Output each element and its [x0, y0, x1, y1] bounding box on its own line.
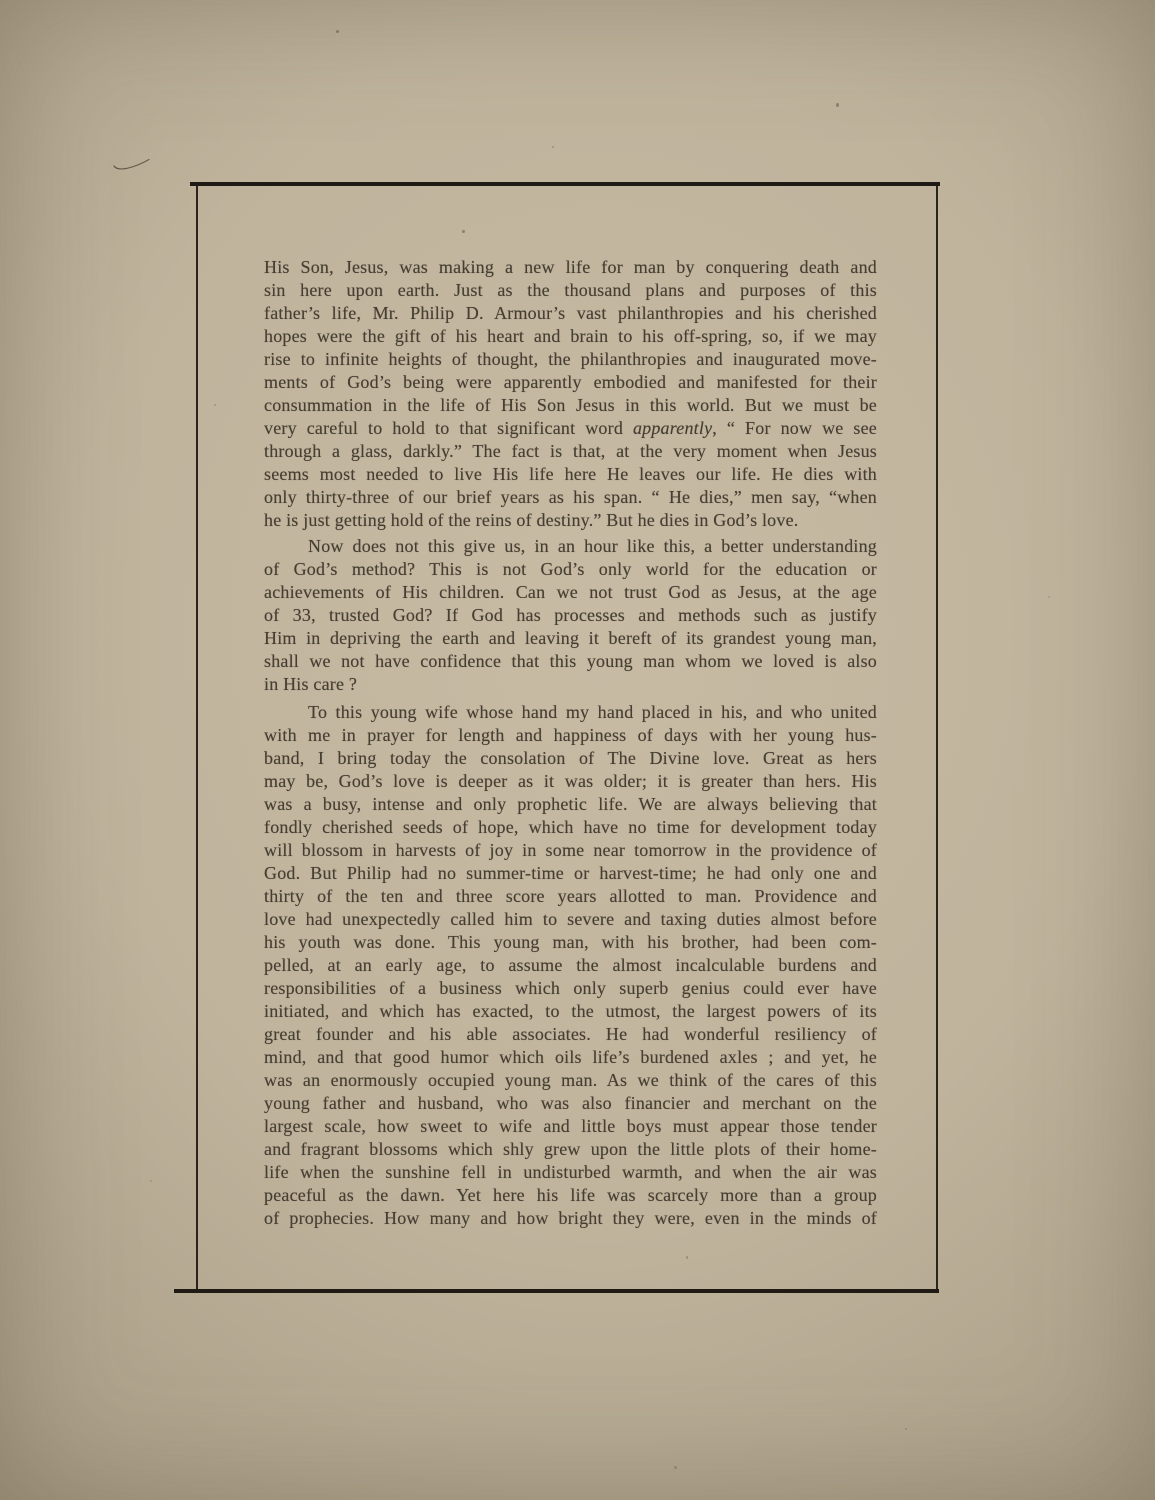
text-line: with me in prayer for length and happine… — [264, 724, 877, 747]
text-line: will blossom in harvests of joy in some … — [264, 839, 877, 862]
paper-speck — [836, 103, 839, 107]
frame-bottom-rule — [174, 1289, 939, 1293]
text-line: pelled, at an early age, to assume the a… — [264, 954, 877, 977]
text-line: peaceful as the dawn. Yet here his life … — [264, 1184, 877, 1207]
text-line: rise to infinite heights of thought, the… — [264, 348, 877, 371]
text-line: thirty of the ten and three score years … — [264, 885, 877, 908]
text-line: seems most needed to live His life here … — [264, 463, 877, 486]
text-line: ments of God’s being were apparently emb… — [264, 371, 877, 394]
paragraph: To this young wife whose hand my hand pl… — [264, 701, 877, 1230]
text-line: of 33, trusted God? If God has processes… — [264, 604, 877, 627]
text-line: mind, and that good humor which oils lif… — [264, 1046, 877, 1069]
text-line: sin here upon earth. Just as the thousan… — [264, 279, 877, 302]
text-line: consummation in the life of His Son Jesu… — [264, 394, 877, 417]
text-line: of God’s method? This is not God’s only … — [264, 558, 877, 581]
paper-speck — [552, 146, 554, 148]
text-line: his youth was done. This young man, with… — [264, 931, 877, 954]
text-line: was a busy, intense and only prophetic l… — [264, 793, 877, 816]
book-page: His Son, Jesus, was making a new life fo… — [0, 0, 1155, 1500]
text-line: largest scale, how sweet to wife and lit… — [264, 1115, 877, 1138]
text-line: fondly cherished seeds of hope, which ha… — [264, 816, 877, 839]
text-line: hopes were the gift of his heart and bra… — [264, 325, 877, 348]
text-line: achievements of His children. Can we not… — [264, 581, 877, 604]
text-line: only thirty-three of our brief years as … — [264, 486, 877, 509]
text-line: initiated, and which has exacted, to the… — [264, 1000, 877, 1023]
text-line: love had unexpectedly called him to seve… — [264, 908, 877, 931]
text-line: responsibilities of a business which onl… — [264, 977, 877, 1000]
text-line: life when the sunshine fell in undisturb… — [264, 1161, 877, 1184]
page-frame: His Son, Jesus, was making a new life fo… — [196, 183, 938, 1292]
text-line: in His care ? — [264, 673, 877, 696]
text-line: of prophecies. How many and how bright t… — [264, 1207, 877, 1230]
pencil-mark — [112, 156, 152, 176]
paragraph: Now does not this give us, in an hour li… — [264, 535, 877, 696]
paper-speck — [1048, 596, 1050, 598]
text-line: father’s life, Mr. Philip D. Armour’s va… — [264, 302, 877, 325]
text-line: through a glass, darkly.” The fact is th… — [264, 440, 877, 463]
text-line: band, I bring today the consolation of T… — [264, 747, 877, 770]
page-text: His Son, Jesus, was making a new life fo… — [264, 256, 877, 1230]
text-line: His Son, Jesus, was making a new life fo… — [264, 256, 877, 279]
text-line: he is just getting hold of the reins of … — [264, 509, 877, 532]
paragraph: His Son, Jesus, was making a new life fo… — [264, 256, 877, 532]
text-line: Now does not this give us, in an hour li… — [264, 535, 877, 558]
text-line: was an enormously occupied young man. As… — [264, 1069, 877, 1092]
text-line: very careful to hold to that significant… — [264, 417, 877, 440]
text-line: shall we not have confidence that this y… — [264, 650, 877, 673]
text-line: and fragrant blossoms which shly grew up… — [264, 1138, 877, 1161]
paper-speck — [336, 30, 339, 33]
text-line: young father and husband, who was also f… — [264, 1092, 877, 1115]
frame-top-rule — [190, 182, 940, 186]
text-line: To this young wife whose hand my hand pl… — [264, 701, 877, 724]
text-line: Him in depriving the earth and leaving i… — [264, 627, 877, 650]
paper-speck — [905, 1428, 907, 1430]
paper-speck — [150, 1180, 152, 1182]
text-line: God. But Philip had no summer-time or ha… — [264, 862, 877, 885]
text-line: may be, God’s love is deeper as it was o… — [264, 770, 877, 793]
text-line: great founder and his able associates. H… — [264, 1023, 877, 1046]
paper-speck — [674, 1466, 677, 1469]
